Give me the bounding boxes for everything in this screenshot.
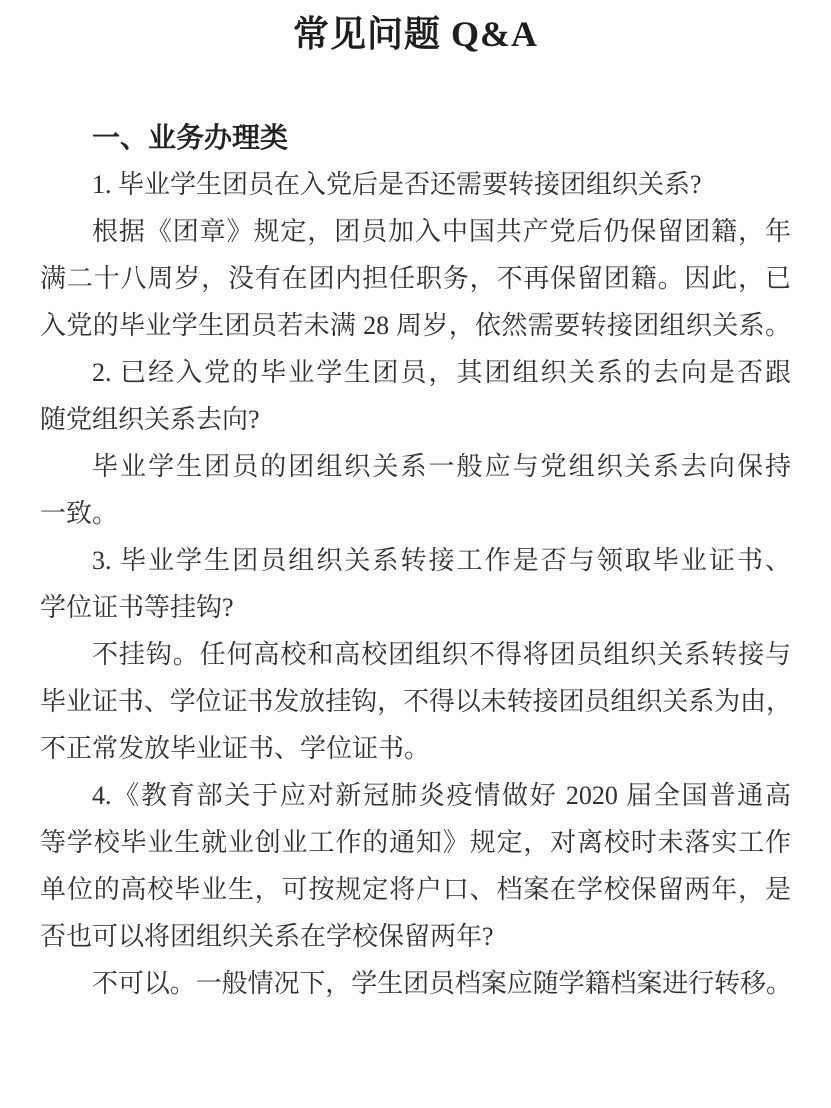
qa-item-3: 3. 毕业学生团员组织关系转接工作是否与领取毕业证书、 学位证书等挂钩? 不挂钩… [40, 537, 791, 772]
qa1-question-line-1: 1. 毕业学生团员在入党后是否还需要转接团组织关系? [40, 161, 791, 208]
qa3-question-line-2: 学位证书等挂钩? [40, 584, 791, 631]
qa4-question-line-3: 单位的高校毕业生，可按规定将户口、档案在学校保留两年，是 [40, 866, 791, 913]
qa-item-1: 1. 毕业学生团员在入党后是否还需要转接团组织关系? 根据《团章》规定，团员加入… [40, 161, 791, 349]
qa4-answer-line-1: 不可以。一般情况下，学生团员档案应随学籍档案进行转移。 [40, 960, 791, 1007]
section-heading: 一、业务办理类 [40, 114, 791, 161]
qa3-answer-line-2: 毕业证书、学位证书发放挂钩，不得以未转接团员组织关系为由， [40, 678, 791, 725]
qa3-answer-line-1: 不挂钩。任何高校和高校团组织不得将团员组织关系转接与 [40, 631, 791, 678]
qa-item-2: 2. 已经入党的毕业学生团员，其团组织关系的去向是否跟 随党组织关系去向? 毕业… [40, 349, 791, 537]
qa2-question-line-1: 2. 已经入党的毕业学生团员，其团组织关系的去向是否跟 [40, 349, 791, 396]
qa2-question-line-2: 随党组织关系去向? [40, 396, 791, 443]
qa1-answer-line-2: 满二十八周岁，没有在团内担任职务，不再保留团籍。因此，已 [40, 255, 791, 302]
qa2-answer-line-1: 毕业学生团员的团组织关系一般应与党组织关系去向保持 [40, 443, 791, 490]
document-page: 常见问题 Q&A 一、业务办理类 1. 毕业学生团员在入党后是否还需要转接团组织… [0, 0, 831, 1108]
qa4-question-line-4: 否也可以将团组织关系在学校保留两年? [40, 913, 791, 960]
qa1-answer-line-3: 入党的毕业学生团员若未满 28 周岁，依然需要转接团组织关系。 [40, 302, 791, 349]
qa1-answer-line-1: 根据《团章》规定，团员加入中国共产党后仍保留团籍，年 [40, 208, 791, 255]
qa4-question-line-2: 等学校毕业生就业创业工作的通知》规定，对离校时未落实工作 [40, 819, 791, 866]
qa3-answer-line-3: 不正常发放毕业证书、学位证书。 [40, 725, 791, 772]
qa4-question-line-1: 4.《教育部关于应对新冠肺炎疫情做好 2020 届全国普通高 [40, 772, 791, 819]
qa2-answer-line-2: 一致。 [40, 490, 791, 537]
qa3-question-line-1: 3. 毕业学生团员组织关系转接工作是否与领取毕业证书、 [40, 537, 791, 584]
document-title: 常见问题 Q&A [40, 12, 791, 56]
qa-item-4: 4.《教育部关于应对新冠肺炎疫情做好 2020 届全国普通高 等学校毕业生就业创… [40, 772, 791, 1007]
